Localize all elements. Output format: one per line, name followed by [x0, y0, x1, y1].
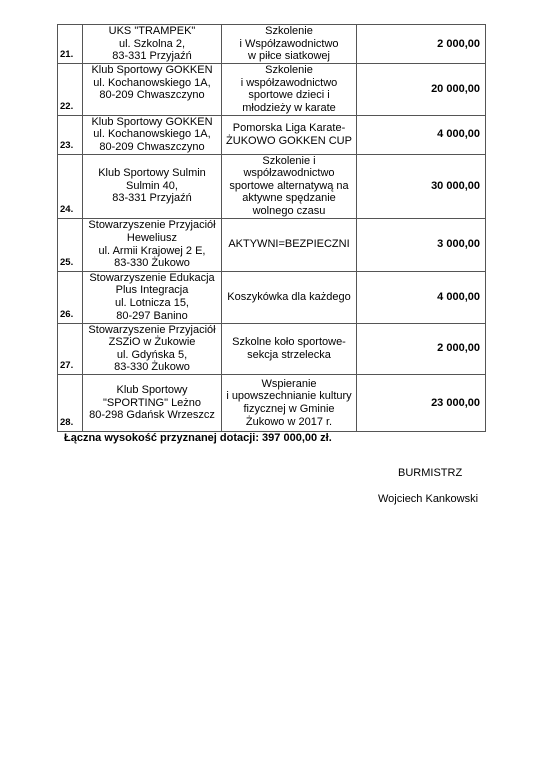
organization-cell-line: Sulmin 40,	[85, 180, 219, 193]
organization-cell-line: Heweliusz	[85, 232, 219, 245]
total-grant-amount: Łączna wysokość przyznanej dotacji: 397 …	[64, 432, 332, 444]
organization-cell-line	[85, 102, 219, 115]
organization-cell-line: 83-330 Żukowo	[85, 361, 219, 374]
row-number: 21.	[58, 25, 83, 64]
organization-cell-line: 83-331 Przyjaźń	[85, 50, 219, 63]
organization-cell-line: Klub Sportowy	[85, 384, 219, 397]
grants-table: 21.UKS "TRAMPEK"ul. Szkolna 2,83-331 Prz…	[57, 24, 486, 432]
organization-cell: Stowarzyszenie PrzyjaciółZSZiO w Żukowie…	[83, 323, 222, 374]
organization-cell-line: ZSZiO w Żukowie	[85, 336, 219, 349]
organization-cell: Klub Sportowy SulminSulmin 40,83-331 Prz…	[83, 154, 222, 218]
row-number: 28.	[58, 374, 83, 431]
organization-cell-line: ul. Kochanowskiego 1A,	[85, 128, 219, 141]
task-cell-line: i współzawodnictwo	[224, 77, 354, 90]
task-cell: Szkoleniei współzawodnictwosportowe dzie…	[222, 63, 357, 115]
task-cell-line: aktywne spędzanie	[224, 192, 354, 205]
task-cell-line: Szkolne koło sportowe-	[224, 336, 354, 349]
organization-cell-line: Stowarzyszenie Edukacja	[85, 272, 219, 285]
task-cell-line: AKTYWNI=BEZPIECZNI	[224, 238, 354, 251]
task-cell-line: sportowe alternatywą na	[224, 180, 354, 193]
task-cell: Szkolenie iwspółzawodnictwosportowe alte…	[222, 154, 357, 218]
task-cell-line: wolnego czasu	[224, 205, 354, 218]
organization-cell-line: "SPORTING" Leżno	[85, 397, 219, 410]
table-row: 26.Stowarzyszenie EdukacjaPlus Integracj…	[58, 271, 486, 323]
task-cell: Koszykówka dla każdego	[222, 271, 357, 323]
row-number: 27.	[58, 323, 83, 374]
organization-cell-line: ul. Lotnicza 15,	[85, 297, 219, 310]
grant-amount: 23 000,00	[357, 374, 486, 431]
task-cell-line: i Współzawodnictwo	[224, 38, 354, 51]
task-cell-line: Szkolenie	[224, 25, 354, 38]
task-cell-line: młodzieży w karate	[224, 102, 354, 115]
organization-cell-line: 80-209 Chwaszczyno	[85, 89, 219, 102]
table-row: 27.Stowarzyszenie PrzyjaciółZSZiO w Żuko…	[58, 323, 486, 374]
organization-cell-line: 83-331 Przyjaźń	[85, 192, 219, 205]
organization-cell-line: ul. Gdyńska 5,	[85, 349, 219, 362]
table-row: 25.Stowarzyszenie PrzyjaciółHeweliuszul.…	[58, 218, 486, 271]
grant-amount: 3 000,00	[357, 218, 486, 271]
organization-cell: Klub Sportowy GOKKENul. Kochanowskiego 1…	[83, 115, 222, 154]
organization-cell: Stowarzyszenie PrzyjaciółHeweliuszul. Ar…	[83, 218, 222, 271]
organization-cell: Klub Sportowy GOKKENul. Kochanowskiego 1…	[83, 63, 222, 115]
task-cell-line: współzawodnictwo	[224, 167, 354, 180]
task-cell-line: Pomorska Liga Karate-	[224, 122, 354, 135]
organization-cell-line: ul. Kochanowskiego 1A,	[85, 77, 219, 90]
organization-cell-line: UKS "TRAMPEK"	[85, 25, 219, 38]
row-number: 25.	[58, 218, 83, 271]
organization-cell-line: Klub Sportowy GOKKEN	[85, 116, 219, 129]
table-row: 21.UKS "TRAMPEK"ul. Szkolna 2,83-331 Prz…	[58, 25, 486, 64]
organization-cell-line: 80-298 Gdańsk Wrzeszcz	[85, 409, 219, 422]
grant-amount: 2 000,00	[357, 25, 486, 64]
table-row: 23.Klub Sportowy GOKKENul. Kochanowskieg…	[58, 115, 486, 154]
row-number: 26.	[58, 271, 83, 323]
grant-amount: 2 000,00	[357, 323, 486, 374]
table-row: 24.Klub Sportowy SulminSulmin 40,83-331 …	[58, 154, 486, 218]
grant-amount: 30 000,00	[357, 154, 486, 218]
task-cell: AKTYWNI=BEZPIECZNI	[222, 218, 357, 271]
task-cell: Pomorska Liga Karate-ŻUKOWO GOKKEN CUP	[222, 115, 357, 154]
row-number: 23.	[58, 115, 83, 154]
task-cell-line: Żukowo w 2017 r.	[224, 416, 354, 429]
organization-cell-line: 80-209 Chwaszczyno	[85, 141, 219, 154]
signatory-title: BURMISTRZ	[398, 467, 462, 479]
task-cell-line: sportowe dzieci i	[224, 89, 354, 102]
task-cell: Wspieraniei upowszechnianie kulturyfizyc…	[222, 374, 357, 431]
row-number: 24.	[58, 154, 83, 218]
organization-cell-line: 83-330 Żukowo	[85, 257, 219, 270]
task-cell-line: sekcja strzelecka	[224, 349, 354, 362]
grant-amount: 4 000,00	[357, 115, 486, 154]
organization-cell: Stowarzyszenie EdukacjaPlus Integracjaul…	[83, 271, 222, 323]
grant-amount: 4 000,00	[357, 271, 486, 323]
task-cell-line: w piłce siatkowej	[224, 50, 354, 63]
task-cell: Szkolne koło sportowe-sekcja strzelecka	[222, 323, 357, 374]
organization-cell-line: Klub Sportowy GOKKEN	[85, 64, 219, 77]
task-cell-line: i upowszechnianie kultury	[224, 390, 354, 403]
organization-cell-line: Stowarzyszenie Przyjaciół	[85, 219, 219, 232]
task-cell-line: Szkolenie	[224, 64, 354, 77]
task-cell-line: ŻUKOWO GOKKEN CUP	[224, 135, 354, 148]
grants-table-body: 21.UKS "TRAMPEK"ul. Szkolna 2,83-331 Prz…	[58, 25, 486, 432]
task-cell-line: Szkolenie i	[224, 155, 354, 168]
row-number: 22.	[58, 63, 83, 115]
organization-cell-line: ul. Armii Krajowej 2 E,	[85, 245, 219, 258]
task-cell-line: Koszykówka dla każdego	[224, 291, 354, 304]
organization-cell-line: Plus Integracja	[85, 284, 219, 297]
task-cell: Szkoleniei Współzawodnictwow piłce siatk…	[222, 25, 357, 64]
task-cell-line: Wspieranie	[224, 378, 354, 391]
signatory-name: Wojciech Kankowski	[378, 493, 478, 505]
grant-amount: 20 000,00	[357, 63, 486, 115]
organization-cell-line: 80-297 Banino	[85, 310, 219, 323]
table-row: 28.Klub Sportowy"SPORTING" Leżno80-298 G…	[58, 374, 486, 431]
organization-cell-line: Klub Sportowy Sulmin	[85, 167, 219, 180]
organization-cell: Klub Sportowy"SPORTING" Leżno80-298 Gdań…	[83, 374, 222, 431]
organization-cell-line: ul. Szkolna 2,	[85, 38, 219, 51]
organization-cell: UKS "TRAMPEK"ul. Szkolna 2,83-331 Przyja…	[83, 25, 222, 64]
table-row: 22.Klub Sportowy GOKKENul. Kochanowskieg…	[58, 63, 486, 115]
organization-cell-line: Stowarzyszenie Przyjaciół	[85, 324, 219, 337]
task-cell-line: fizycznej w Gminie	[224, 403, 354, 416]
